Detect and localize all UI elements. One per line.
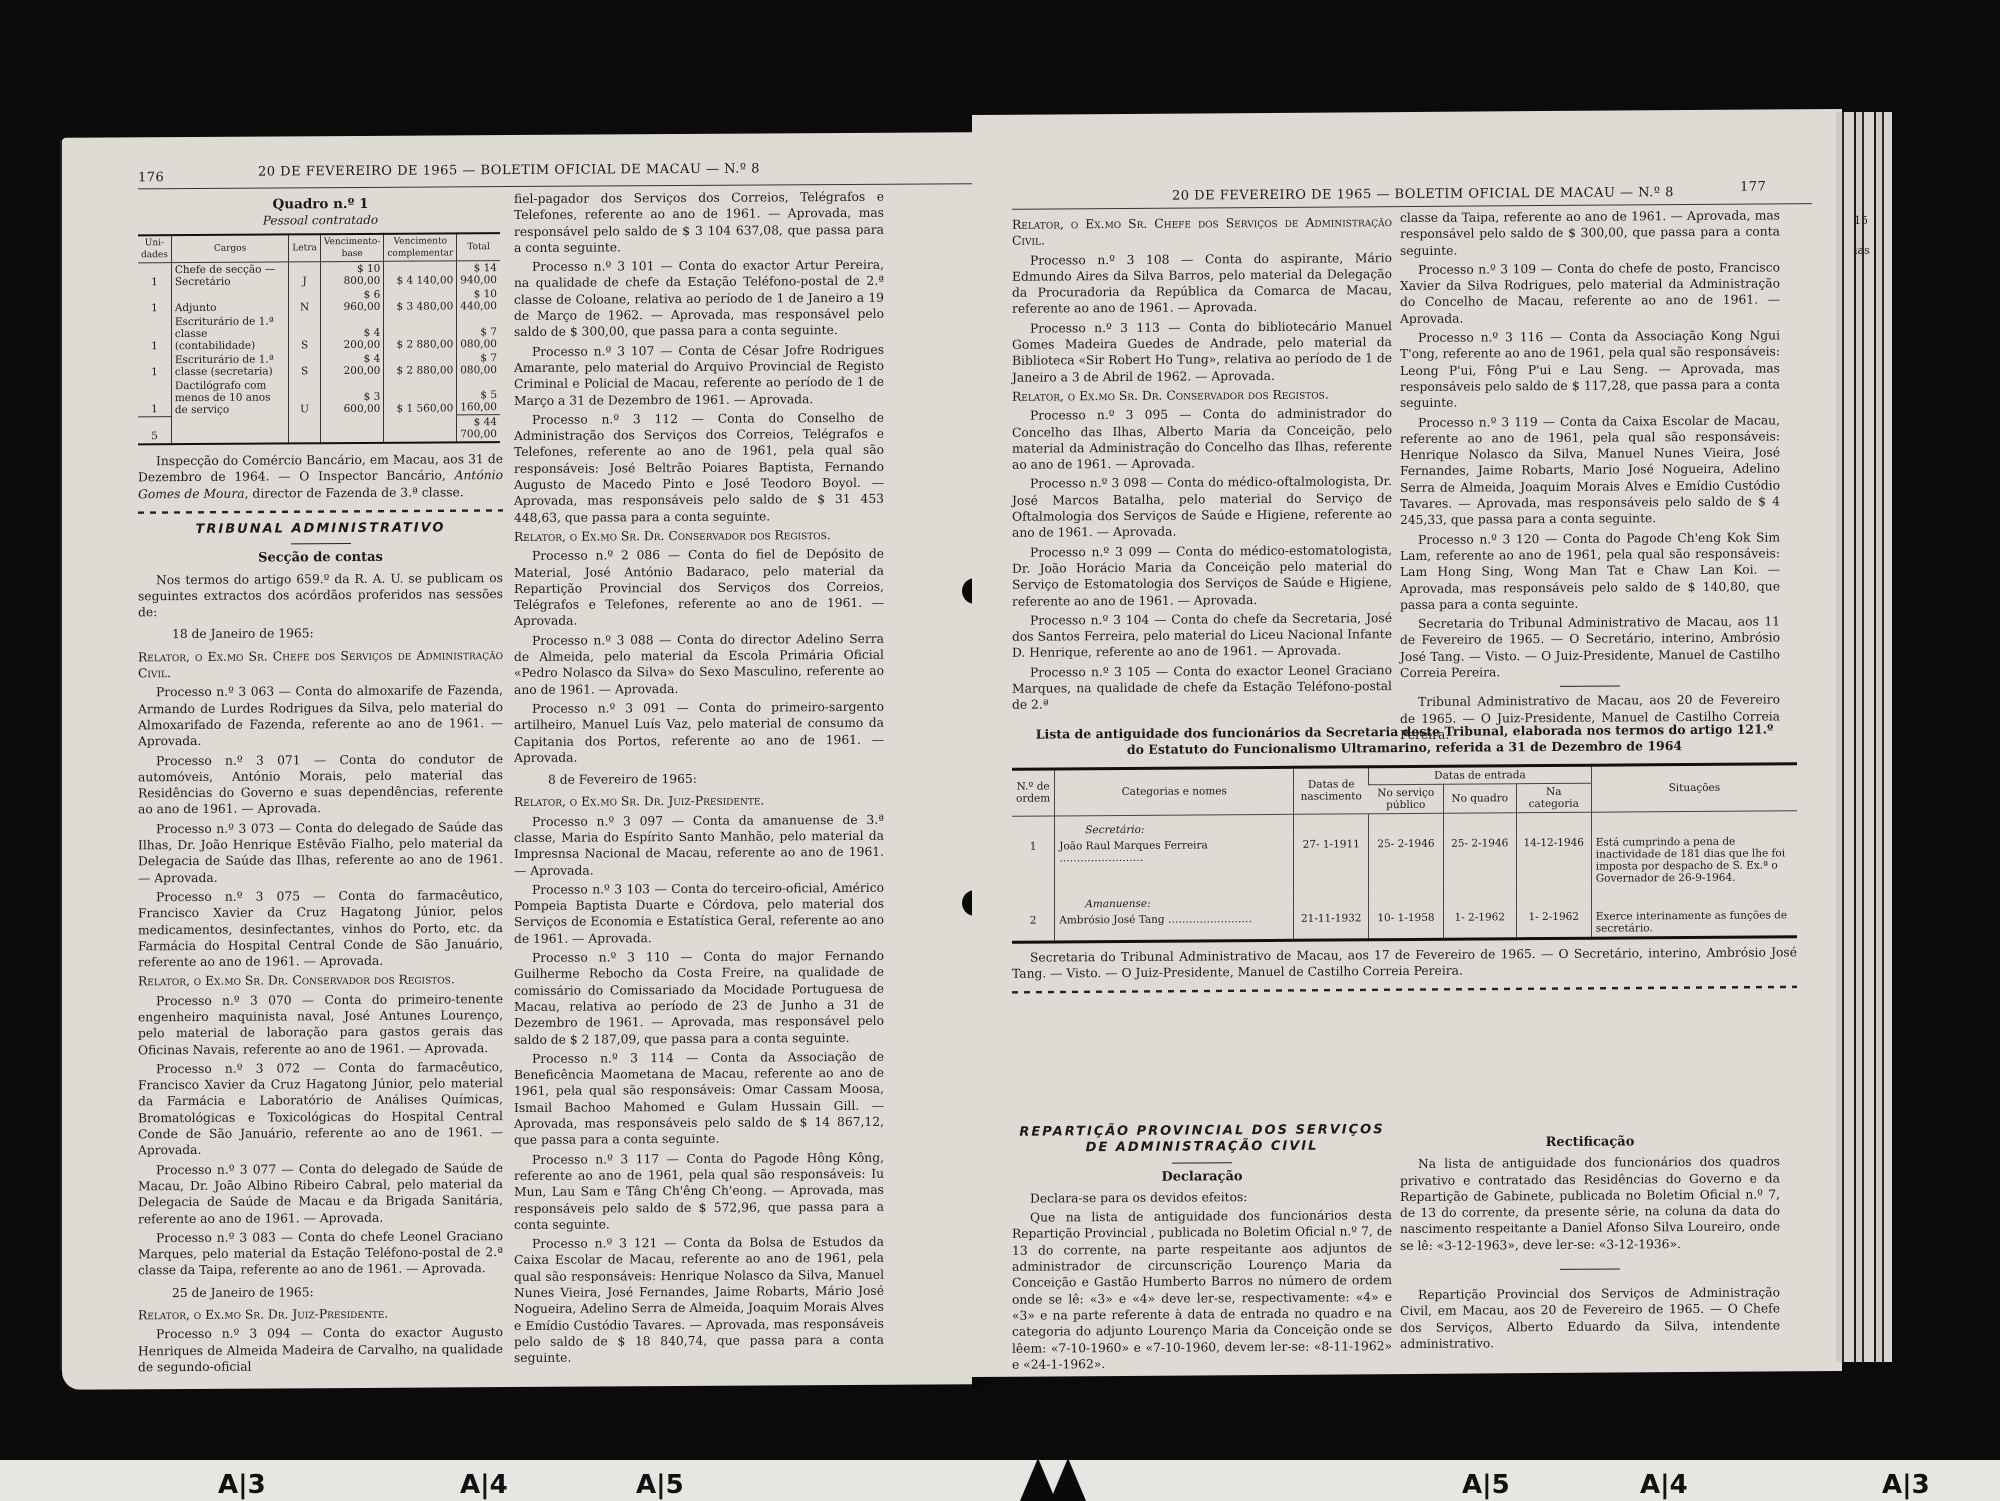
table-row: 2Ambrósio José Tang ……………………21-11-193210… [1012,907,1797,942]
processo-paragraph: Processo n.º 3 070 — Conta do primeiro-t… [138,991,503,1058]
processo-paragraph: Processo n.º 3 109 — Conta do chefe de p… [1400,259,1780,327]
processo-paragraph: Processo n.º 3 103 — Conta do terceiro-o… [514,880,884,947]
page-177: 20 DE FEVEREIRO DE 1965 — BOLETIM OFICIA… [972,109,1842,1377]
col-header: Na categoria [1516,783,1591,813]
closing-text: Repartição Provincial dos Serviços de Ad… [1400,1284,1780,1352]
running-header: 20 DE FEVEREIRO DE 1965 — BOLETIM OFICIA… [258,162,760,180]
processo-paragraph: Processo n.º 3 073 — Conta do delegado d… [138,819,503,886]
session-date: 8 de Fevereiro de 1965: [514,770,884,789]
film-mark: A|3 [218,1470,266,1500]
processo-paragraph: Processo n.º 3 113 — Conta do bibliotecá… [1012,318,1392,386]
processo-paragraph: Processo n.º 3 072 — Conta do farmacêuti… [138,1059,503,1159]
processo-paragraph: Processo n.º 3 112 — Conta do Conselho d… [514,410,884,526]
processo-paragraph: Processo n.º 3 117 — Conta do Pagode Hôn… [514,1149,884,1233]
reparticao-title-2: DE ADMINISTRAÇÃO CIVIL [1012,1138,1392,1157]
right-column-1: Relator, o Ex.mo Sr. Chefe dos Serviços … [1012,214,1392,716]
intro-text: Nos termos do artigo 659.º da R. A. U. s… [138,570,503,621]
session-date: 25 de Janeiro de 1965: [138,1283,503,1302]
acordaos-list-1: 18 de Janeiro de 1965:Relator, o Ex.mo S… [138,625,503,1376]
col-header: Datas de nascimento [1294,766,1369,814]
processo-paragraph: Processo n.º 2 086 — Conta do fiel de De… [514,546,884,630]
reparticao-section: REPARTIÇÃO PROVINCIAL DOS SERVIÇOS DE AD… [1012,1122,1392,1376]
processo-paragraph: Processo n.º 3 094 — Conta do exactor Au… [138,1324,503,1375]
processo-paragraph: Processo n.º 3 116 — Conta da Associação… [1400,327,1780,411]
quadro-subtitle: Pessoal contratado [138,211,503,230]
divider [291,543,351,544]
page-176: 176 20 DE FEVEREIRO DE 1965 — BOLETIM OF… [62,132,972,1390]
processo-paragraph: Processo n.º 3 107 — Conta de César Jofr… [514,341,884,408]
edge-tab-text: 15 [1854,214,1868,227]
declaracao-intro: Declara-se para os devidos efeitos: [1012,1188,1392,1207]
processo-paragraph: Processo n.º 3 088 — Conta do director A… [514,630,884,697]
processo-paragraph: Processo n.º 3 091 — Conta do primeiro-s… [514,699,884,766]
left-column-1: Quadro n.º 1 Pessoal contratado Uni-dade… [138,191,503,1378]
processo-paragraph: Processo n.º 3 114 — Conta da Associação… [514,1049,884,1149]
film-mark: A|4 [1640,1470,1688,1500]
running-header: 20 DE FEVEREIRO DE 1965 — BOLETIM OFICIA… [1172,185,1674,204]
col-header: Vencimento complementar [384,233,457,261]
film-mark: A|3 [1882,1470,1930,1500]
lista-table: N.º de ordem Categorias e nomes Datas de… [1012,762,1797,943]
col-header: Total [457,233,500,261]
processo-paragraph: Processo n.º 3 104 — Conta do chefe da S… [1012,610,1392,662]
rectificacao-title: Rectificação [1400,1133,1780,1152]
processo-paragraph: Processo n.º 3 077 — Conta do delegado d… [138,1160,503,1227]
divider [1560,686,1620,687]
relator-line: Relator, o Ex.mo Sr. Dr. Conservador dos… [514,527,884,546]
table-row: 1Chefe de secção — SecretárioJ$ 10 800,0… [138,260,500,289]
col-header: Vencimento-base [320,233,383,261]
processo-paragraph: Processo n.º 3 097 — Conta da amanuense … [514,811,884,878]
col-header: Datas de entrada [1369,765,1592,785]
paragraph-continuation: fiel-pagador dos Serviços dos Correios, … [514,189,884,256]
page-number: 177 [1740,179,1766,194]
processo-paragraph: Processo n.º 3 083 — Conta do chefe Leon… [138,1228,503,1279]
quadro-table: Uni-dades Cargos Letra Vencimento-base V… [138,232,500,446]
declaracao-title: Declaração [1012,1168,1392,1187]
processo-paragraph: Processo n.º 3 119 — Conta da Caixa Esco… [1400,412,1780,529]
relator-line: Relator, o Ex.mo Sr. Dr. Conservador dos… [1012,386,1392,405]
table-row: 1Escriturário de 1.ª classe (contabilida… [138,313,500,353]
table-row: 1AdjuntoN$ 6 960,00$ 3 480,00$ 10 440,00 [138,287,500,315]
col-header: Cargos [171,234,288,262]
processo-paragraph: Processo n.º 3 075 — Conta do farmacêuti… [138,887,503,971]
processo-paragraph: Secretaria do Tribunal Administrativo de… [1400,614,1780,682]
col-header: Situações [1591,763,1797,811]
edge-tab-text: ias [1854,244,1870,257]
rectificacao-section: Rectificação Na lista de antiguidade dos… [1400,1133,1780,1355]
processo-paragraph: Processo n.º 3 099 — Conta do médico-est… [1012,542,1392,610]
processo-paragraph: Processo n.º 3 105 — Conta do exactor Le… [1012,662,1392,714]
relator-line: Relator, o Ex.mo Sr. Dr. Juiz-Presidente… [514,792,884,811]
session-date: 18 de Janeiro de 1965: [138,625,503,644]
col-header: No serviço público [1369,784,1444,814]
ornamental-rule [138,506,503,516]
film-mark: A|5 [1462,1470,1510,1500]
relator-line: Relator, o Ex.mo Sr. Dr. Juiz-Presidente… [138,1305,503,1324]
left-column-2: fiel-pagador dos Serviços dos Correios, … [514,189,884,1370]
declaracao-body: Que na lista de antiguidade dos funcioná… [1012,1207,1392,1373]
page-number: 176 [138,170,164,185]
processo-paragraph: Processo n.º 3 108 — Conta do aspirante,… [1012,250,1392,318]
relator-line: Relator, o Ex.mo Sr. Chefe dos Serviços … [1012,214,1392,249]
processo-paragraph: Processo n.º 3 063 — Conta do almoxarife… [138,682,503,749]
table-row: 1João Raul Marques Ferreira ……………………27- … [1012,833,1797,890]
processo-paragraph: Processo n.º 3 071 — Conta do condutor d… [138,751,503,818]
processo-paragraph: Processo n.º 3 120 — Conta do Pagode Ch'… [1400,529,1780,613]
film-mark: A|4 [460,1470,508,1500]
col-header: Uni-dades [138,235,171,263]
col-header: N.º de ordem [1012,769,1055,816]
ornamental-rule [1012,982,1797,995]
film-triangle-marker [1050,1458,1086,1501]
table-row: 1Escriturário de 1.ª classe (secretaria)… [138,351,500,379]
rectificacao-body: Na lista de antiguidade dos funcionários… [1400,1154,1780,1254]
processo-paragraph: Processo n.º 3 095 — Conta do administra… [1012,405,1392,473]
film-strip [0,1460,2000,1501]
divider [1560,1269,1620,1270]
processo-paragraph: Processo n.º 3 121 — Conta da Bolsa de E… [514,1234,884,1367]
relator-line: Relator, o Ex.mo Sr. Chefe dos Serviços … [138,647,503,682]
paragraph-continuation: classe da Taipa, referente ao ano de 196… [1400,207,1780,259]
col-header: Letra [289,234,321,262]
total-row: 5$ 44 700,00 [138,415,500,445]
lista-antiguidade: Lista de antiguidade dos funcionários da… [1012,721,1797,1002]
page-stack-edge-right: 15 ias [1836,112,1892,1362]
processo-paragraph: Processo n.º 3 101 — Conta do exactor Ar… [514,257,884,341]
reparticao-title-1: REPARTIÇÃO PROVINCIAL DOS SERVIÇOS [1012,1122,1392,1141]
section-title: TRIBUNAL ADMINISTRATIVO [138,520,503,539]
film-mark: A|5 [636,1470,684,1500]
inspeccao-text: Inspecção do Comércio Bancário, em Macau… [138,451,503,502]
lista-footer: Secretaria do Tribunal Administrativo de… [1012,944,1797,982]
relator-line: Relator, o Ex.mo Sr. Dr. Conservador dos… [138,971,503,990]
col-header: Categorias e nomes [1055,767,1294,816]
table-row: 1Dactilógrafo com menos de 10 anos de se… [138,377,500,417]
divider [1172,1162,1232,1163]
subsection-title: Secção de contas [138,549,503,568]
col-header: No quadro [1443,783,1516,813]
processo-paragraph: Processo n.º 3 098 — Conta do médico-oft… [1012,474,1392,542]
right-column-2: classe da Taipa, referente ao ano de 196… [1400,207,1780,746]
processo-paragraph: Processo n.º 3 110 — Conta do major Fern… [514,948,884,1048]
